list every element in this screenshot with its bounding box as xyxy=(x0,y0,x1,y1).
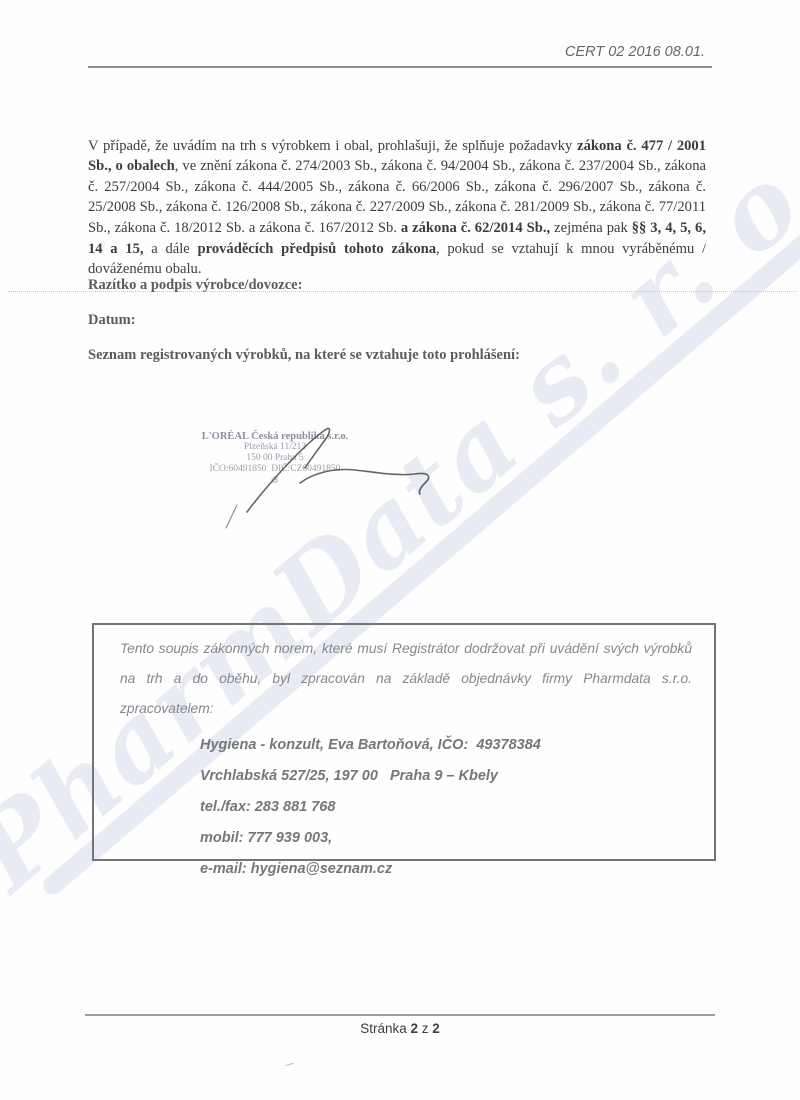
processor-note-box: Tento soupis zákonných norem, které musí… xyxy=(92,623,716,861)
page-number-separator: z xyxy=(418,1021,432,1036)
scan-speck xyxy=(284,1059,293,1066)
declaration-segment-bold: a zákona č. 62/2014 Sb., xyxy=(401,220,550,236)
contact-address: Vrchlabská 527/25, 197 00 Praha 9 – Kbel… xyxy=(200,768,714,784)
header-rule xyxy=(88,66,712,68)
declaration-segment: V případě, že uvádím na trh s výrobkem i… xyxy=(88,138,577,154)
contact-company: Hygiena - konzult, Eva Bartoňová, IČO: 4… xyxy=(200,737,714,753)
handwritten-signature xyxy=(220,400,450,530)
declaration-segment-bold: prováděcích předpisů tohoto zákona xyxy=(197,241,436,257)
contact-email: e-mail: hygiena@seznam.cz xyxy=(200,861,714,877)
declaration-segment: zejména pak xyxy=(550,220,632,236)
footer-rule xyxy=(85,1014,715,1016)
page-number-current: 2 xyxy=(410,1021,418,1036)
contact-telfax: tel./fax: 283 881 768 xyxy=(200,799,714,815)
declaration-paragraph: V případě, že uvádím na trh s výrobkem i… xyxy=(88,136,706,280)
declaration-segment: a dále xyxy=(144,241,198,257)
label-date: Datum: xyxy=(88,312,136,329)
contact-mobile: mobil: 777 939 003, xyxy=(200,830,714,846)
doc-code: CERT 02 2016 08.01. xyxy=(565,44,705,60)
page-number-prefix: Stránka xyxy=(360,1021,410,1036)
label-product-list: Seznam registrovaných výrobků, na které … xyxy=(88,347,520,364)
label-stamp-signature: Razítko a podpis výrobce/dovozce: xyxy=(88,277,302,294)
page-number-total: 2 xyxy=(432,1021,440,1036)
note-intro: Tento soupis zákonných norem, které musí… xyxy=(120,634,692,724)
page-number: Stránka 2 z 2 xyxy=(0,1021,800,1036)
